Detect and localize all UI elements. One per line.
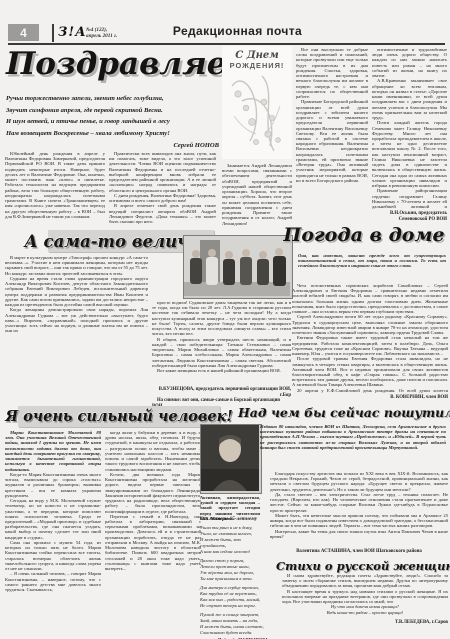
poem-line: Пускай же и солнце заиграет, xyxy=(200,612,268,618)
paragraph: В настоящее время я тружусь над новыми с… xyxy=(282,589,448,605)
stihi-signature: Т.В.ЛЕБЕДЕВА, г.Саров xyxy=(282,620,448,626)
pogoda-body: Чета потомственных сормовских корабелов … xyxy=(292,283,448,394)
strong-column-1: Марии Константиновне Молочаевой 88 лет. … xyxy=(5,430,101,626)
paragraph: Сергей Александрович почти 60 лет отдал … xyxy=(292,314,448,335)
paragraph: Сама она прожила с мужем 54 года, из кот… xyxy=(5,540,101,571)
chekhov-intro: Недавно 80 инвалидов, членов ВОИ из Шатк… xyxy=(260,424,446,450)
paragraph: Да, стало светлее – век электричества. С… xyxy=(270,492,448,513)
paragraph: В марте в культурном центре «Типограф» п… xyxy=(5,255,148,276)
pogoda-intro: Она, как известно, зависит прежде всего … xyxy=(298,253,446,269)
poem-line: Для матери в сердце тревога, xyxy=(200,585,268,591)
paragraph: Кстати, два военных года Мария Константи… xyxy=(105,472,201,514)
paragraph: Чета потомственных сормовских корабелов … xyxy=(292,283,448,314)
paragraph: Почти каждый житель города Семенова знае… xyxy=(372,120,447,188)
paragraph: В общем, пришлось жюри утверждать шесть … xyxy=(152,337,291,368)
paragraph: Правление Богородской районной организац… xyxy=(296,99,368,183)
mother-poem: От матери 15-летнему Ушла ты рано и не к… xyxy=(200,516,268,639)
stihi-couplet: Ну что нам давеча некая граница?Ведь наш… xyxy=(282,604,448,614)
card-line2: РОЖДЕНИЯ! xyxy=(222,61,292,70)
chekhov-body: Благодаря искусству артистов мы попали и… xyxy=(270,471,448,548)
paragraph: Может быть, эти невеселые мысли пришли п… xyxy=(270,513,448,529)
chekhov-headline: Над чем бы сейчас пошутил Чехов? xyxy=(238,405,448,420)
poem-line: Знай, наша память – на года, xyxy=(200,618,268,624)
paragraph: Занимается Андрей Леонидович всеми вопро… xyxy=(222,163,292,226)
contest-group-photo xyxy=(183,235,293,299)
header-divider xyxy=(52,24,54,42)
stihi-headline: Стихи о русской женщине xyxy=(276,559,448,573)
paragraph: Практически всех инвалидов она знала, пу… xyxy=(109,151,216,193)
card-text: С Днем РОЖДЕНИЯ! xyxy=(222,50,292,70)
strong-headline-band: Я очень сильный человек! xyxy=(18,406,220,427)
group-photo-illustration xyxy=(184,236,290,296)
section-title: Редакционная почта xyxy=(150,24,325,38)
velichava-column-1: В марте в культурном центре «Типограф» п… xyxy=(5,255,148,405)
stihi-paragraphs: И снова здравствуйте, редакция газеты «З… xyxy=(282,573,448,604)
strong-column-2: когда жили у бабушки в деревне: я и воду… xyxy=(105,430,201,626)
poem-line: Нам возвещает Воскресенье – хвала любимо… xyxy=(6,128,219,140)
issue-info: №4 (122), апрель 2011 г. xyxy=(86,27,117,39)
birthday-card: С Днем РОЖДЕНИЯ! xyxy=(222,46,292,159)
paragraph: Благодаря искусству артистов мы попали и… xyxy=(270,471,448,492)
poem-line: Звучит симфония апреля, где первой скрип… xyxy=(6,105,219,117)
paragraph: И снова здравствуйте, редакция газеты «З… xyxy=(282,573,448,589)
paragraph: – Я очень сильный человек, – говорит Мар… xyxy=(5,571,101,592)
congrats-poem: Ручьи торжественно запели, звенит небес … xyxy=(6,93,219,152)
chekhov-signature: Валентина АСТАШИНА, член ВОИ Шатковского… xyxy=(270,549,448,555)
poem-line: И может быть, снова слетает, xyxy=(200,624,268,630)
paragraph: Переехав с семьей в Н.Новгород, она рабо… xyxy=(105,514,201,572)
paragraph: Марии Константиновне Молочаевой 88 лет. … xyxy=(5,430,101,472)
congrats-column-3: Занимается Андрей Леонидович всеми вопро… xyxy=(222,163,292,231)
couplet-line: Ведь наша-то рядом – просто царица! xyxy=(282,610,448,615)
paragraph: Евгения Федоровна также имеет трудовой с… xyxy=(292,335,448,356)
strong-headline: Я очень сильный человек! xyxy=(5,408,233,425)
newspaper-page: 4 З!А №4 (122), апрель 2011 г. Редакцион… xyxy=(0,0,450,639)
paragraph: Сегодня, на виду у М.К. Молочаевой служи… xyxy=(5,498,101,540)
congrats-signature: В.Н.Оськин, председатель Семеновской РО … xyxy=(372,211,447,222)
paragraph: С днем рождения, Валентина Федоровна! Зд… xyxy=(109,193,216,203)
paragraph: оптимистичные и трудолюбивые люди очень … xyxy=(372,47,447,78)
page-number: 4 xyxy=(8,24,39,41)
paragraph: Юбилейный день рождения в апреле у Вален… xyxy=(5,151,105,219)
congrats-column-b: оптимистичные и трудолюбивые люди очень … xyxy=(372,47,447,210)
poem-line: Ручьи торжественно запели, звенит небес … xyxy=(6,93,219,105)
poem-lines: Ручьи торжественно запели, звенит небес … xyxy=(6,93,219,139)
paragraph: когда жили у бабушки в деревне: я и воду… xyxy=(105,430,201,472)
stihi-body: И снова здравствуйте, редакция газеты «З… xyxy=(282,573,448,619)
poem-line: И может быть, это случайность, xyxy=(200,537,268,549)
mother-poem-lines: Ушла ты рано и не к дому,Ушла, не сказав… xyxy=(200,525,268,635)
poem-line: Как вся она – радости, милый, xyxy=(200,597,268,603)
paragraph: Судьями на время стали глава администрац… xyxy=(5,276,148,307)
poem-line: Счастливою будет всегда. xyxy=(200,630,268,636)
header-rule xyxy=(8,43,445,45)
paragraph: 20 апреля у Е.Ф.Самойловой день рождения… xyxy=(292,388,448,394)
congrats-column-a: Все они выслушали те добрые слова поздра… xyxy=(296,47,368,226)
mother-poem-title: От матери 15-летнему xyxy=(200,516,268,523)
paragraph: Когда женщины демонстрировали свои наряд… xyxy=(5,307,148,333)
velichava-signature: В.КУЗНЕЦОВА, председатель первичной орга… xyxy=(152,387,291,398)
newspaper-logo: З!А xyxy=(58,25,87,40)
paragraph: В апреле отмечает свой день рождения так… xyxy=(109,203,216,224)
paragraph: Все они выслушали те добрые слова поздра… xyxy=(296,47,368,99)
portrait-illustration xyxy=(201,425,259,491)
pogoda-signature: В. КОВЕРНИН, член ВОИ xyxy=(292,395,448,401)
paragraph: Правление райорганизации сердечно поздра… xyxy=(372,188,447,210)
paragraph: Вот какие женщины есть в нашей районной … xyxy=(152,368,291,373)
card-line1: С Днем xyxy=(222,50,292,61)
paragraph: Интересно, какие бы темы для своих тонки… xyxy=(270,529,448,539)
poem-line: И шум ветвей, и птичье пенье, и говор ла… xyxy=(6,116,219,128)
paragraph: После трудовой травмы Евгения Федоровна … xyxy=(292,356,448,387)
paragraph: Когда-то Мария Константиновна очень мног… xyxy=(5,472,101,498)
paragraph: А.В.Кравченко заканчивает свое обращение… xyxy=(372,78,447,120)
congrats-column-2: Практически всех инвалидов она знала, пу… xyxy=(109,151,216,230)
congrats-column-1: Юбилейный день рождения в апреле у Вален… xyxy=(5,151,105,230)
issue-date: апрель 2011 г. xyxy=(86,33,117,39)
velichava-column-2: просто водили! Судаковские дамы танцевал… xyxy=(152,300,291,386)
paragraph: просто водили! Судаковские дамы танцевал… xyxy=(152,300,291,337)
pogoda-headline: Погода в доме xyxy=(278,224,450,246)
portrait-photo xyxy=(200,424,262,494)
